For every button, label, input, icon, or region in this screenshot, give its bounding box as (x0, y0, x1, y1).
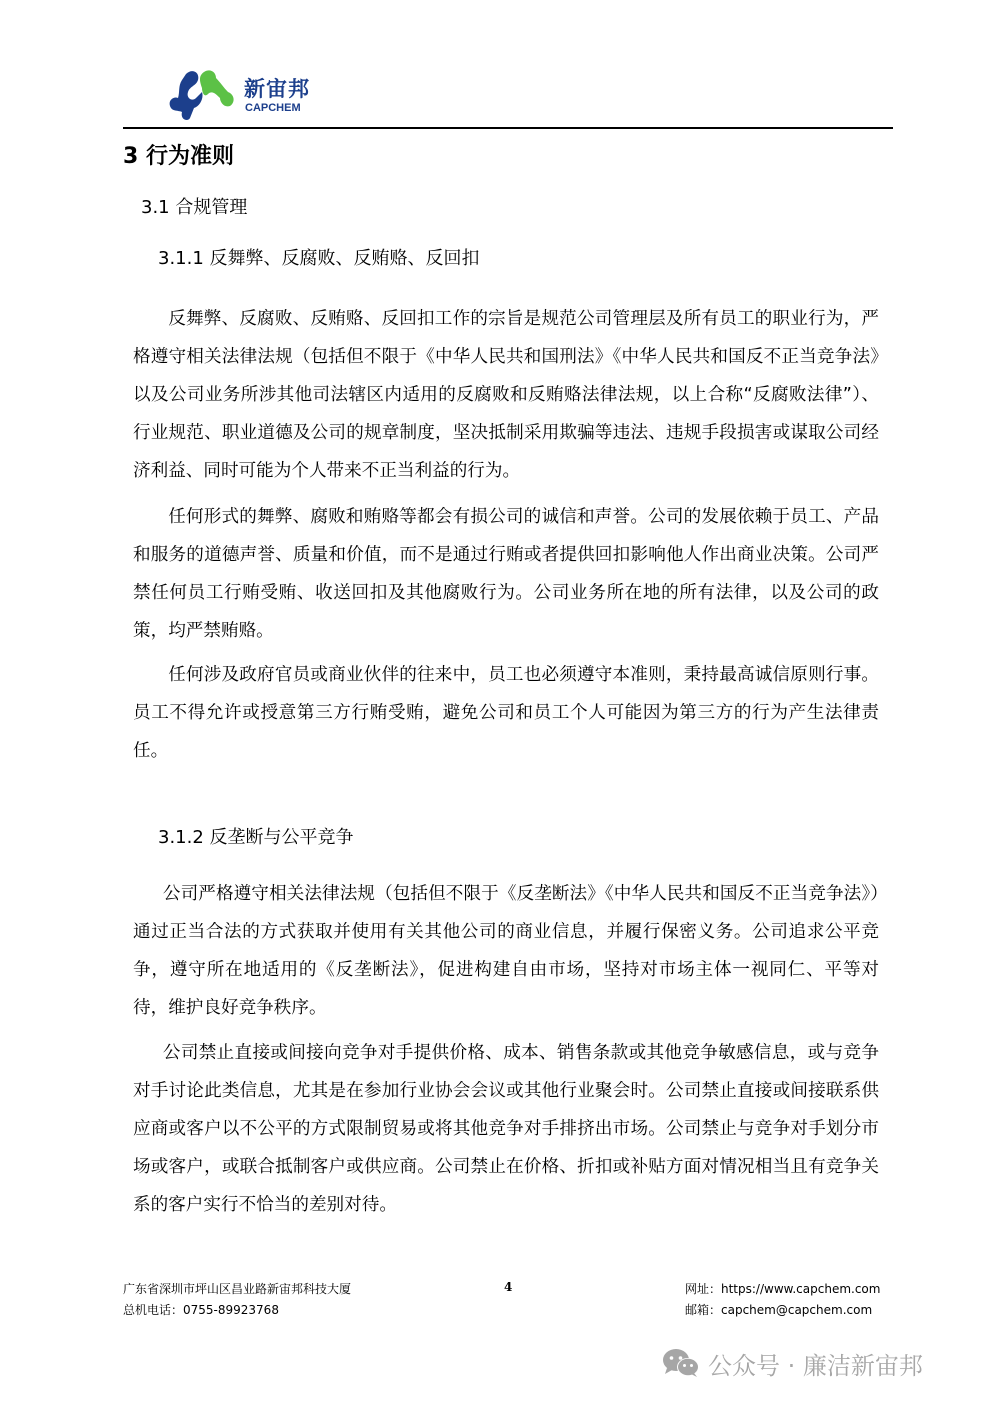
footer-address: 广东省深圳市坪山区昌业路新宙邦科技大厦 (123, 1279, 351, 1300)
section-title: 3 行为准则 (123, 143, 234, 171)
heading-anti-corruption: 3.1.1 反舞弊、反腐败、反贿赂、反回扣 (158, 247, 480, 271)
paragraph: 任何涉及政府官员或商业伙伴的往来中，员工也必须遵守本准则，秉持最高诚信原则行事。… (133, 656, 879, 770)
capchem-logo-icon (168, 66, 236, 120)
watermark-text: 公众号 · 廉洁新宙邦 (708, 1346, 923, 1381)
footer-contact-left: 广东省深圳市坪山区昌业路新宙邦科技大厦 总机电话：0755-89923768 (123, 1279, 351, 1321)
subsection-title: 3.1 合规管理 (141, 196, 247, 220)
paragraph: 任何形式的舞弊、腐败和贿赂等都会有损公司的诚信和声誉。公司的发展依赖于员工、产品… (133, 498, 879, 650)
company-logo: 新宙邦 CAPCHEM (168, 66, 328, 120)
logo-name-en: CAPCHEM (245, 102, 301, 114)
wechat-watermark: 公众号 · 廉洁新宙邦 (662, 1345, 923, 1381)
paragraph: 公司严格遵守相关法律法规（包括但不限于《反垄断法》《中华人民共和国反不正当竞争法… (133, 875, 879, 1027)
wechat-icon (662, 1348, 700, 1378)
heading-antitrust: 3.1.2 反垄断与公平竞争 (158, 826, 354, 850)
paragraph: 反舞弊、反腐败、反贿赂、反回扣工作的宗旨是规范公司管理层及所有员工的职业行为，严… (133, 300, 879, 490)
footer-phone: 总机电话：0755-89923768 (123, 1300, 351, 1321)
paragraph: 公司禁止直接或间接向竞争对手提供价格、成本、销售条款或其他竞争敏感信息，或与竞争… (133, 1034, 879, 1224)
logo-name-cn: 新宙邦 (244, 78, 310, 100)
footer-email[interactable]: 邮箱：capchem@capchem.com (685, 1300, 880, 1321)
footer-contact-right: 网址：https://www.capchem.com 邮箱：capchem@ca… (685, 1279, 880, 1321)
page-number: 4 (504, 1279, 512, 1295)
header-divider (123, 127, 893, 129)
footer-website[interactable]: 网址：https://www.capchem.com (685, 1279, 880, 1300)
